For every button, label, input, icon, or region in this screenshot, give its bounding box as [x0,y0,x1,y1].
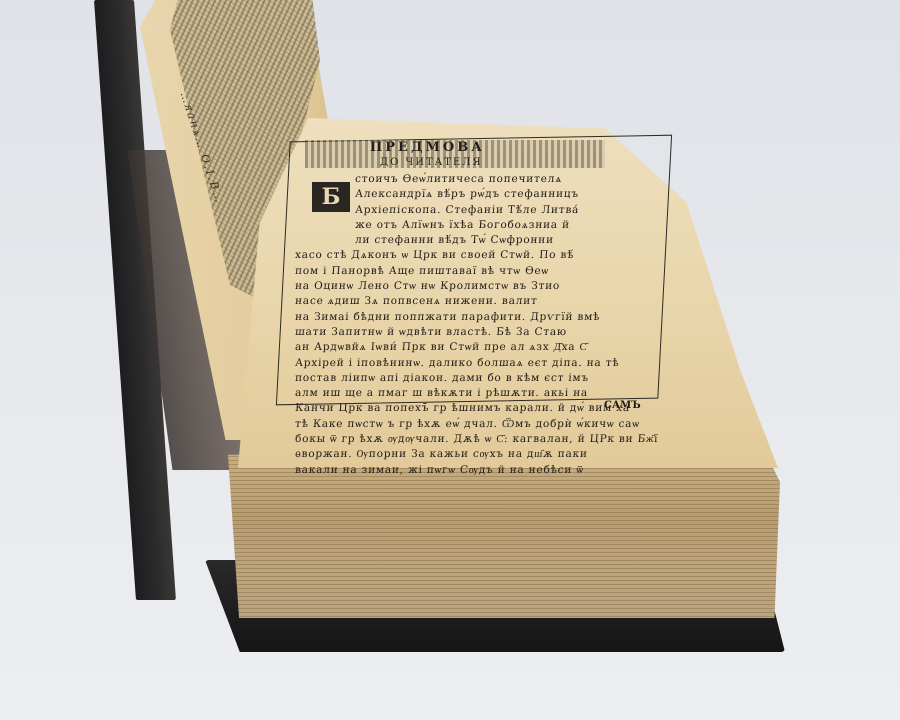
text-line: вакали на зимаи, жі пѡгѡ Сѹдъ й на небѣс… [294,463,670,478]
text-line: тѣ Каке пѡстѡ ъ гр ѣхѫ еѡ́ дчал. Ѿмъ доб… [294,417,670,432]
text-line: на Зимаі бѣдни поппжати парафити. Дрѵгїй… [294,310,670,325]
text-line: бокы ѿ гр ѣхѫ ѹдѹчали. Дѫѣ ѡ С҃: кагвала… [294,432,670,447]
text-line: Александрїѧ вѣ́ръ рѡ́дъ стефанницъ [294,187,670,202]
text-line: постав ліипѡ апі діакон. дами бо в кѣм є… [294,371,670,386]
page-subtitle: ДО ЧИТАТЕЛЯ [380,157,483,168]
text-line: ѳворжан. Ѹпорни За кажьи сѹхъ на дш҃ѫ па… [294,447,670,462]
page-title: ПРЕДМОВА [370,140,485,155]
text-line: пом і Панорвѣ Аще пиштаваї вѣ чтѡ Ѳеѡ [294,264,670,279]
page-text: стоичъ Ѳеѡ́литичеса попечителѧ Александр… [295,172,670,478]
text-line: стоичъ Ѳеѡ́литичеса попечителѧ [294,172,670,187]
text-line: на Оцинѡ Лено Стѡ нѡ Кролимстѡ въ Зтио [294,279,670,294]
text-line: насе ѧдиш Зѧ попвсенѧ нижени. валит [294,294,670,309]
text-line: ан Ардѡвйѧ Іѡви́ Прк ви Стѡй пре ал ѧзх … [294,340,670,355]
text-line: Архірей і іповѣнинѡ. далико болшаѧ еєт д… [294,356,670,371]
text-line: ли стефанни вѣ́дъ Тѡ́ Сѡфронни [294,233,670,248]
text-line: Архіепіскопа. Стефаніи Тѣ́ле Литва́ [294,203,670,218]
text-line: хасо стѣ Дѧконъ ѡ Црк ви своей Стѡй. По … [294,248,670,263]
catchword: САМЪ [604,400,641,411]
text-line: же отъ Алїѡнъ їхѣа Богобоѧзниа й [294,218,670,233]
photo-scene: …ᴙанѧ… О.І.В… ПРЕДМОВА ДО ЧИТАТЕЛЯ Б сто… [0,0,900,720]
text-line: шати Запитнѡ й ѡдвѣти властѣ. Бѣ За Стаю [294,325,670,340]
